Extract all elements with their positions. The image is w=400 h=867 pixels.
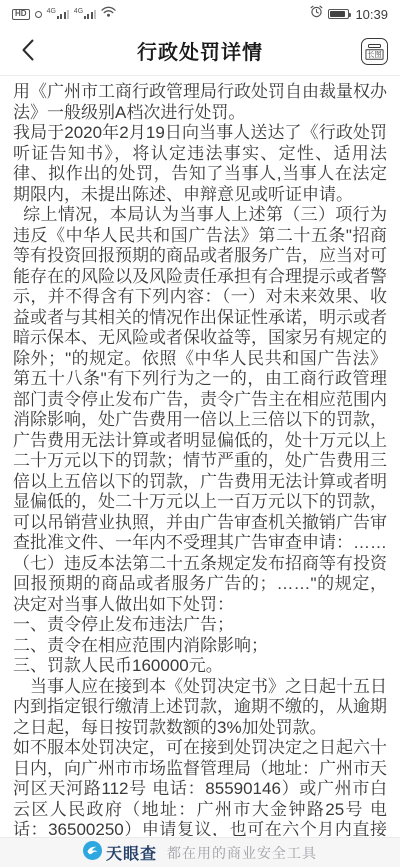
penalty-paragraph: 综上情况，本局认为当事人上述第（三）项行为违反《中华人民共和国广告法》第二十五条… xyxy=(13,205,387,615)
battery-icon xyxy=(328,9,349,19)
brand-row: 天眼查 xyxy=(83,841,157,865)
brand-footer-bar[interactable]: 天眼查 都在用的商业安全工具 xyxy=(0,837,400,867)
penalty-item-3: 三、罚款人民币160000元。 xyxy=(13,656,387,677)
penalty-paragraph: 当事人应在接到本《处罚决定书》之日起十五日内到指定银行缴清上述罚款，逾期不缴的，… xyxy=(13,677,387,739)
status-bar-left: HD 4G 4G xyxy=(12,5,116,23)
penalty-paragraph: 如不服本处罚决定，可在接到处罚决定之日起六十日内，向广州市市场监督管理局（地址：… xyxy=(13,738,387,836)
hd-icon: HD xyxy=(12,9,30,20)
long-image-icon xyxy=(368,44,381,48)
penalty-item-1: 一、责令停止发布违法广告； xyxy=(13,615,387,636)
back-chevron-icon xyxy=(22,39,34,64)
status-bar-right: 10:39 xyxy=(310,5,388,23)
wifi-icon xyxy=(101,5,116,23)
signal-bars-icon-sim2: 4G xyxy=(74,10,96,19)
long-image-button-label: 长图 xyxy=(365,49,383,59)
clock-time: 10:39 xyxy=(355,7,388,22)
long-image-button[interactable]: 长图 xyxy=(361,38,388,65)
penalty-paragraph: 用《广州市工商行政管理局行政处罚自由裁量权办法》一般级别A档次进行处罚。 xyxy=(13,82,387,123)
network-type-label: 4G xyxy=(74,8,83,15)
signal-bars-icon xyxy=(84,10,96,19)
phone-screen: HD 4G 4G xyxy=(0,0,400,867)
navigation-header: 行政处罚详情 长图 xyxy=(0,26,400,76)
network-type-label: 4G xyxy=(47,8,56,15)
signal-bars-icon-sim1: 4G xyxy=(47,10,69,19)
page-title: 行政处罚详情 xyxy=(137,36,263,65)
brand-name: 天眼查 xyxy=(106,841,157,864)
penalty-item-2: 二、责令在相应范围内消除影响； xyxy=(13,636,387,657)
penalty-paragraph: 我局于2020年2月19日向当事人送达了《行政处罚听证告知书》，将认定违法事实、… xyxy=(13,123,387,205)
signal-bars-icon xyxy=(57,10,69,19)
back-button[interactable] xyxy=(8,31,48,71)
alarm-icon xyxy=(310,5,323,23)
penalty-detail-content[interactable]: 用《广州市工商行政管理局行政处罚自由裁量权办法》一般级别A档次进行处罚。 我局于… xyxy=(0,76,400,836)
brand-tagline: 都在用的商业安全工具 xyxy=(167,843,317,863)
tianyancha-logo-icon xyxy=(83,841,102,865)
volte-icon xyxy=(35,11,42,18)
status-bar: HD 4G 4G xyxy=(0,0,400,26)
